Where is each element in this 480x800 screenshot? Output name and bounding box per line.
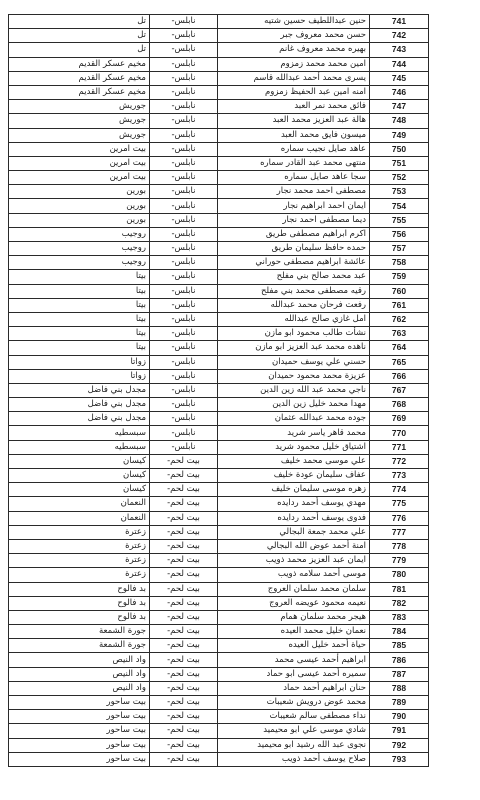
number-cell: 746 xyxy=(370,85,429,99)
name-cell: ايمان احمد ابراهيم نجار xyxy=(218,199,370,213)
table-row: بيتانابلس-امل غازي صالح عبدالله762 xyxy=(9,312,429,326)
table-row: كيسانبيت لحم-علي موسى محمد خليف772 xyxy=(9,454,429,468)
locality-cell: مخيم عسكر القديم xyxy=(9,85,150,99)
governorate-cell: بيت لحم- xyxy=(150,582,218,596)
table-row: كيسانبيت لحم-عفاف سليمان عودة خليف773 xyxy=(9,469,429,483)
table-row: بيت ساحوربيت لحم-نداء مصطفى سالم شعيبات7… xyxy=(9,710,429,724)
name-cell: ناهده محمد عبد العزيز ابو مازن xyxy=(218,341,370,355)
table-row: بوريننابلس-مصطفى احمد محمد نجار753 xyxy=(9,185,429,199)
governorate-cell: نابلس- xyxy=(150,213,218,227)
table-row: مخيم عسكر القديمنابلس-امين محمد محمد زمز… xyxy=(9,57,429,71)
number-cell: 793 xyxy=(370,752,429,766)
number-cell: 768 xyxy=(370,398,429,412)
table-row: سبسطيهنابلس-محمد قاهر ياسر شريد770 xyxy=(9,426,429,440)
table-row: بد فالوحبيت لحم-هيجر محمد سلمان همام783 xyxy=(9,610,429,624)
locality-cell: زواتا xyxy=(9,355,150,369)
name-cell: ديما مصطفى احمد نجار xyxy=(218,213,370,227)
locality-cell: روجيب xyxy=(9,256,150,270)
table-row: النعمانبيت لحم-مهدي يوسف أحمد ردايده775 xyxy=(9,497,429,511)
name-cell: حنين عبداللطيف حسين شتيه xyxy=(218,15,370,29)
table-row: بيت امريننابلس-عاهد صايل نجيب سماره750 xyxy=(9,142,429,156)
locality-cell: مجدل بني فاضل xyxy=(9,383,150,397)
table-row: بوريننابلس-ديما مصطفى احمد نجار755 xyxy=(9,213,429,227)
number-cell: 779 xyxy=(370,554,429,568)
name-cell: جوده محمد عبدالله عثمان xyxy=(218,412,370,426)
name-cell: اشتياق خليل محمود شريد xyxy=(218,440,370,454)
number-cell: 788 xyxy=(370,681,429,695)
governorate-cell: نابلس- xyxy=(150,412,218,426)
locality-cell: بيتا xyxy=(9,341,150,355)
table-row: بد فالوحبيت لحم-نعيمه محمود عويضه العروج… xyxy=(9,596,429,610)
governorate-cell: بيت لحم- xyxy=(150,596,218,610)
number-cell: 741 xyxy=(370,15,429,29)
number-cell: 763 xyxy=(370,327,429,341)
number-cell: 745 xyxy=(370,71,429,85)
table-row: بيتانابلس-عبد محمد صالح بني مفلح759 xyxy=(9,270,429,284)
number-cell: 786 xyxy=(370,653,429,667)
table-row: مجدل بني فاضلنابلس-جوده محمد عبدالله عثم… xyxy=(9,412,429,426)
governorate-cell: نابلس- xyxy=(150,185,218,199)
locality-cell: جورة الشمعة xyxy=(9,625,150,639)
table-row: جوريشنابلس-هالة عبد العزيز محمد العبد748 xyxy=(9,114,429,128)
number-cell: 755 xyxy=(370,213,429,227)
governorate-cell: نابلس- xyxy=(150,426,218,440)
locality-cell: كيسان xyxy=(9,483,150,497)
governorate-cell: نابلس- xyxy=(150,284,218,298)
name-cell: نعمان خليل محمد العيده xyxy=(218,625,370,639)
locality-cell: كيسان xyxy=(9,454,150,468)
name-cell: ناجي محمد عبد الله زين الدين xyxy=(218,383,370,397)
table-row: زعترةبيت لحم-امنة أحمد عوض الله البجالي7… xyxy=(9,539,429,553)
governorate-cell: نابلس- xyxy=(150,227,218,241)
name-cell: مصطفى احمد محمد نجار xyxy=(218,185,370,199)
locality-cell: جوريش xyxy=(9,128,150,142)
name-cell: علي محمد جمعة البجالي xyxy=(218,525,370,539)
governorate-cell: نابلس- xyxy=(150,142,218,156)
governorate-cell: بيت لحم- xyxy=(150,625,218,639)
number-cell: 765 xyxy=(370,355,429,369)
name-cell: رقيه مصطفى محمد بني مفلح xyxy=(218,284,370,298)
name-cell: ايمان عبد العزيز محمد ذويب xyxy=(218,554,370,568)
number-cell: 764 xyxy=(370,341,429,355)
locality-cell: بيت امرين xyxy=(9,171,150,185)
locality-cell: بيتا xyxy=(9,327,150,341)
name-cell: محمد عوض درويش شعيبات xyxy=(218,696,370,710)
name-cell: زهره موسى سليمان خليف xyxy=(218,483,370,497)
number-cell: 773 xyxy=(370,469,429,483)
document-page: تلنابلس-حنين عبداللطيف حسين شتيه741تلناب… xyxy=(0,0,480,800)
name-cell: حنان ابراهيم أحمد حماد xyxy=(218,681,370,695)
governorate-cell: نابلس- xyxy=(150,355,218,369)
name-cell: عبد محمد صالح بني مفلح xyxy=(218,270,370,284)
table-row: زعترةبيت لحم-موسى أحمد سلامه ذويب780 xyxy=(9,568,429,582)
governorate-cell: بيت لحم- xyxy=(150,667,218,681)
table-row: زعترةبيت لحم-ايمان عبد العزيز محمد ذويب7… xyxy=(9,554,429,568)
name-cell: سجا عاهد صايل سماره xyxy=(218,171,370,185)
table-row: زعترةبيت لحم-علي محمد جمعة البجالي777 xyxy=(9,525,429,539)
governorate-cell: نابلس- xyxy=(150,114,218,128)
locality-cell: زواتا xyxy=(9,369,150,383)
governorate-cell: بيت لحم- xyxy=(150,539,218,553)
governorate-cell: بيت لحم- xyxy=(150,710,218,724)
number-cell: 778 xyxy=(370,539,429,553)
name-cell: امين محمد محمد زمزوم xyxy=(218,57,370,71)
governorate-cell: بيت لحم- xyxy=(150,469,218,483)
number-cell: 767 xyxy=(370,383,429,397)
governorate-cell: نابلس- xyxy=(150,85,218,99)
number-cell: 776 xyxy=(370,511,429,525)
number-cell: 789 xyxy=(370,696,429,710)
governorate-cell: نابلس- xyxy=(150,15,218,29)
locality-cell: بيتا xyxy=(9,270,150,284)
name-cell: عاهد صايل نجيب سماره xyxy=(218,142,370,156)
governorate-cell: نابلس- xyxy=(150,71,218,85)
table-row: تلنابلس-بهيره محمد معروف غانم743 xyxy=(9,43,429,57)
name-cell: موسى أحمد سلامه ذويب xyxy=(218,568,370,582)
locality-cell: بورين xyxy=(9,213,150,227)
name-cell: عزيزة محمد محمود حميدان xyxy=(218,369,370,383)
locality-cell: واد النيص xyxy=(9,667,150,681)
name-cell: علي موسى محمد خليف xyxy=(218,454,370,468)
table-row: كيسانبيت لحم-زهره موسى سليمان خليف774 xyxy=(9,483,429,497)
governorate-cell: نابلس- xyxy=(150,256,218,270)
number-cell: 785 xyxy=(370,639,429,653)
governorate-cell: بيت لحم- xyxy=(150,511,218,525)
number-cell: 750 xyxy=(370,142,429,156)
name-cell: عائشة ابراهيم مصطفى حوراني xyxy=(218,256,370,270)
name-cell: شادي موسى علي ابو محيميد xyxy=(218,724,370,738)
governorate-cell: نابلس- xyxy=(150,29,218,43)
beneficiary-table: تلنابلس-حنين عبداللطيف حسين شتيه741تلناب… xyxy=(8,14,429,767)
table-row: بيتانابلس-ناهده محمد عبد العزيز ابو مازن… xyxy=(9,341,429,355)
number-cell: 748 xyxy=(370,114,429,128)
number-cell: 744 xyxy=(370,57,429,71)
locality-cell: سبسطيه xyxy=(9,440,150,454)
name-cell: حياة أحمد خليل العيده xyxy=(218,639,370,653)
governorate-cell: نابلس- xyxy=(150,100,218,114)
table-row: جوريشنابلس-فائق محمد نمر العبد747 xyxy=(9,100,429,114)
name-cell: هيجر محمد سلمان همام xyxy=(218,610,370,624)
name-cell: سلمان محمد سلمان العروج xyxy=(218,582,370,596)
governorate-cell: بيت لحم- xyxy=(150,696,218,710)
number-cell: 774 xyxy=(370,483,429,497)
locality-cell: بيت ساحور xyxy=(9,710,150,724)
table-row: مجدل بني فاضلنابلس-ناجي محمد عبد الله زي… xyxy=(9,383,429,397)
number-cell: 759 xyxy=(370,270,429,284)
name-cell: ابراهيم أحمد عيسى محمد xyxy=(218,653,370,667)
locality-cell: كيسان xyxy=(9,469,150,483)
governorate-cell: بيت لحم- xyxy=(150,568,218,582)
locality-cell: زعترة xyxy=(9,568,150,582)
table-body: تلنابلس-حنين عبداللطيف حسين شتيه741تلناب… xyxy=(9,15,429,767)
name-cell: امنه امين عبد الحفيظ زمزوم xyxy=(218,85,370,99)
table-row: جورة الشمعةبيت لحم-نعمان خليل محمد العيد… xyxy=(9,625,429,639)
name-cell: نعيمه محمود عويضه العروج xyxy=(218,596,370,610)
number-cell: 772 xyxy=(370,454,429,468)
governorate-cell: نابلس- xyxy=(150,199,218,213)
table-row: واد النيصبيت لحم-سميره أحمد عيسى ابو حما… xyxy=(9,667,429,681)
table-row: بيتانابلس-نشأت طالب محمود ابو مازن763 xyxy=(9,327,429,341)
locality-cell: بيتا xyxy=(9,312,150,326)
governorate-cell: نابلس- xyxy=(150,242,218,256)
name-cell: رفعت فرحان محمد عبدالله xyxy=(218,298,370,312)
number-cell: 791 xyxy=(370,724,429,738)
table-row: بيت ساحوربيت لحم-محمد عوض درويش شعيبات78… xyxy=(9,696,429,710)
governorate-cell: بيت لحم- xyxy=(150,525,218,539)
table-row: روجيبنابلس-اكرم ابراهيم مصطفى طريق756 xyxy=(9,227,429,241)
table-row: واد النيصبيت لحم-ابراهيم أحمد عيسى محمد7… xyxy=(9,653,429,667)
governorate-cell: بيت لحم- xyxy=(150,554,218,568)
name-cell: نشأت طالب محمود ابو مازن xyxy=(218,327,370,341)
governorate-cell: بيت لحم- xyxy=(150,454,218,468)
governorate-cell: بيت لحم- xyxy=(150,653,218,667)
table-row: بيتانابلس-رفعت فرحان محمد عبدالله761 xyxy=(9,298,429,312)
table-row: تلنابلس-حنين عبداللطيف حسين شتيه741 xyxy=(9,15,429,29)
governorate-cell: نابلس- xyxy=(150,298,218,312)
name-cell: سميره أحمد عيسى ابو حماد xyxy=(218,667,370,681)
number-cell: 751 xyxy=(370,156,429,170)
locality-cell: النعمان xyxy=(9,497,150,511)
table-row: بيت امريننابلس-سجا عاهد صايل سماره752 xyxy=(9,171,429,185)
governorate-cell: نابلس- xyxy=(150,327,218,341)
locality-cell: بيت امرين xyxy=(9,142,150,156)
governorate-cell: بيت لحم- xyxy=(150,483,218,497)
table-row: جوريشنابلس-ميسون فايق محمد العبد749 xyxy=(9,128,429,142)
table-row: مخيم عسكر القديمنابلس-امنه امين عبد الحف… xyxy=(9,85,429,99)
locality-cell: بيت امرين xyxy=(9,156,150,170)
name-cell: يسرى محمد أحمد عبدالله قاسم xyxy=(218,71,370,85)
locality-cell: روجيب xyxy=(9,242,150,256)
governorate-cell: بيت لحم- xyxy=(150,639,218,653)
number-cell: 758 xyxy=(370,256,429,270)
number-cell: 766 xyxy=(370,369,429,383)
governorate-cell: نابلس- xyxy=(150,369,218,383)
locality-cell: بيت ساحور xyxy=(9,724,150,738)
table-row: روجيبنابلس-عائشة ابراهيم مصطفى حوراني758 xyxy=(9,256,429,270)
governorate-cell: نابلس- xyxy=(150,312,218,326)
locality-cell: بد فالوح xyxy=(9,596,150,610)
name-cell: امنة أحمد عوض الله البجالي xyxy=(218,539,370,553)
name-cell: مهدي يوسف أحمد ردايده xyxy=(218,497,370,511)
number-cell: 743 xyxy=(370,43,429,57)
locality-cell: بيتا xyxy=(9,284,150,298)
locality-cell: مجدل بني فاضل xyxy=(9,412,150,426)
name-cell: حسن محمد معروف جبر xyxy=(218,29,370,43)
locality-cell: مجدل بني فاضل xyxy=(9,398,150,412)
table-row: روجيبنابلس-حمده حافظ سليمان طريق757 xyxy=(9,242,429,256)
number-cell: 752 xyxy=(370,171,429,185)
number-cell: 749 xyxy=(370,128,429,142)
governorate-cell: نابلس- xyxy=(150,270,218,284)
locality-cell: بورين xyxy=(9,185,150,199)
number-cell: 769 xyxy=(370,412,429,426)
governorate-cell: بيت لحم- xyxy=(150,752,218,766)
number-cell: 777 xyxy=(370,525,429,539)
number-cell: 782 xyxy=(370,596,429,610)
table-row: مجدل بني فاضلنابلس-مهدا محمد خليل زين ال… xyxy=(9,398,429,412)
name-cell: مهدا محمد خليل زين الدين xyxy=(218,398,370,412)
name-cell: هالة عبد العزيز محمد العبد xyxy=(218,114,370,128)
name-cell: منتهى محمد عبد القادر سماره xyxy=(218,156,370,170)
governorate-cell: بيت لحم- xyxy=(150,681,218,695)
number-cell: 756 xyxy=(370,227,429,241)
number-cell: 742 xyxy=(370,29,429,43)
locality-cell: تل xyxy=(9,43,150,57)
governorate-cell: بيت لحم- xyxy=(150,610,218,624)
number-cell: 783 xyxy=(370,610,429,624)
number-cell: 790 xyxy=(370,710,429,724)
governorate-cell: نابلس- xyxy=(150,383,218,397)
name-cell: بهيره محمد معروف غانم xyxy=(218,43,370,57)
locality-cell: مخيم عسكر القديم xyxy=(9,71,150,85)
locality-cell: بورين xyxy=(9,199,150,213)
name-cell: امل غازي صالح عبدالله xyxy=(218,312,370,326)
table-row: مخيم عسكر القديمنابلس-يسرى محمد أحمد عبد… xyxy=(9,71,429,85)
governorate-cell: نابلس- xyxy=(150,398,218,412)
locality-cell: بيت ساحور xyxy=(9,738,150,752)
number-cell: 771 xyxy=(370,440,429,454)
locality-cell: سبسطيه xyxy=(9,426,150,440)
locality-cell: تل xyxy=(9,29,150,43)
number-cell: 757 xyxy=(370,242,429,256)
name-cell: محمد قاهر ياسر شريد xyxy=(218,426,370,440)
name-cell: صلاح يوسف أحمد ذويب xyxy=(218,752,370,766)
governorate-cell: نابلس- xyxy=(150,43,218,57)
locality-cell: النعمان xyxy=(9,511,150,525)
number-cell: 747 xyxy=(370,100,429,114)
number-cell: 784 xyxy=(370,625,429,639)
locality-cell: زعترة xyxy=(9,554,150,568)
table-row: بيتانابلس-رقيه مصطفى محمد بني مفلح760 xyxy=(9,284,429,298)
locality-cell: بيتا xyxy=(9,298,150,312)
locality-cell: مخيم عسكر القديم xyxy=(9,57,150,71)
table-row: بيت ساحوربيت لحم-نجوى عبد الله رشيد ابو … xyxy=(9,738,429,752)
locality-cell: واد النيص xyxy=(9,653,150,667)
name-cell: عفاف سليمان عودة خليف xyxy=(218,469,370,483)
name-cell: فائق محمد نمر العبد xyxy=(218,100,370,114)
table-row: زواتانابلس-عزيزة محمد محمود حميدان766 xyxy=(9,369,429,383)
table-row: زواتانابلس-حسني علي يوسف حميدان765 xyxy=(9,355,429,369)
locality-cell: واد النيص xyxy=(9,681,150,695)
governorate-cell: نابلس- xyxy=(150,341,218,355)
name-cell: فدوى يوسف أحمد ردايده xyxy=(218,511,370,525)
table-row: بد فالوحبيت لحم-سلمان محمد سلمان العروج7… xyxy=(9,582,429,596)
governorate-cell: نابلس- xyxy=(150,440,218,454)
locality-cell: تل xyxy=(9,15,150,29)
locality-cell: بد فالوح xyxy=(9,582,150,596)
name-cell: نداء مصطفى سالم شعيبات xyxy=(218,710,370,724)
table-row: جورة الشمعةبيت لحم-حياة أحمد خليل العيده… xyxy=(9,639,429,653)
table-row: النعمانبيت لحم-فدوى يوسف أحمد ردايده776 xyxy=(9,511,429,525)
governorate-cell: بيت لحم- xyxy=(150,724,218,738)
number-cell: 760 xyxy=(370,284,429,298)
locality-cell: بد فالوح xyxy=(9,610,150,624)
number-cell: 792 xyxy=(370,738,429,752)
table-row: سبسطيهنابلس-اشتياق خليل محمود شريد771 xyxy=(9,440,429,454)
name-cell: حسني علي يوسف حميدان xyxy=(218,355,370,369)
governorate-cell: بيت لحم- xyxy=(150,738,218,752)
locality-cell: بيت ساحور xyxy=(9,752,150,766)
table-row: بيت ساحوربيت لحم-صلاح يوسف أحمد ذويب793 xyxy=(9,752,429,766)
number-cell: 775 xyxy=(370,497,429,511)
locality-cell: روجيب xyxy=(9,227,150,241)
number-cell: 762 xyxy=(370,312,429,326)
number-cell: 780 xyxy=(370,568,429,582)
table-row: بوريننابلس-ايمان احمد ابراهيم نجار754 xyxy=(9,199,429,213)
number-cell: 761 xyxy=(370,298,429,312)
table-row: بيت امريننابلس-منتهى محمد عبد القادر سما… xyxy=(9,156,429,170)
locality-cell: بيت ساحور xyxy=(9,696,150,710)
table-row: واد النيصبيت لحم-حنان ابراهيم أحمد حماد7… xyxy=(9,681,429,695)
locality-cell: جوريش xyxy=(9,114,150,128)
name-cell: اكرم ابراهيم مصطفى طريق xyxy=(218,227,370,241)
name-cell: حمده حافظ سليمان طريق xyxy=(218,242,370,256)
locality-cell: جوريش xyxy=(9,100,150,114)
governorate-cell: نابلس- xyxy=(150,57,218,71)
number-cell: 787 xyxy=(370,667,429,681)
governorate-cell: نابلس- xyxy=(150,156,218,170)
name-cell: ميسون فايق محمد العبد xyxy=(218,128,370,142)
table-row: بيت ساحوربيت لحم-شادي موسى علي ابو محيمي… xyxy=(9,724,429,738)
governorate-cell: نابلس- xyxy=(150,171,218,185)
number-cell: 753 xyxy=(370,185,429,199)
governorate-cell: بيت لحم- xyxy=(150,497,218,511)
number-cell: 770 xyxy=(370,426,429,440)
number-cell: 781 xyxy=(370,582,429,596)
governorate-cell: نابلس- xyxy=(150,128,218,142)
locality-cell: زعترة xyxy=(9,525,150,539)
locality-cell: جورة الشمعة xyxy=(9,639,150,653)
number-cell: 754 xyxy=(370,199,429,213)
table-row: تلنابلس-حسن محمد معروف جبر742 xyxy=(9,29,429,43)
locality-cell: زعترة xyxy=(9,539,150,553)
name-cell: نجوى عبد الله رشيد ابو محيميد xyxy=(218,738,370,752)
